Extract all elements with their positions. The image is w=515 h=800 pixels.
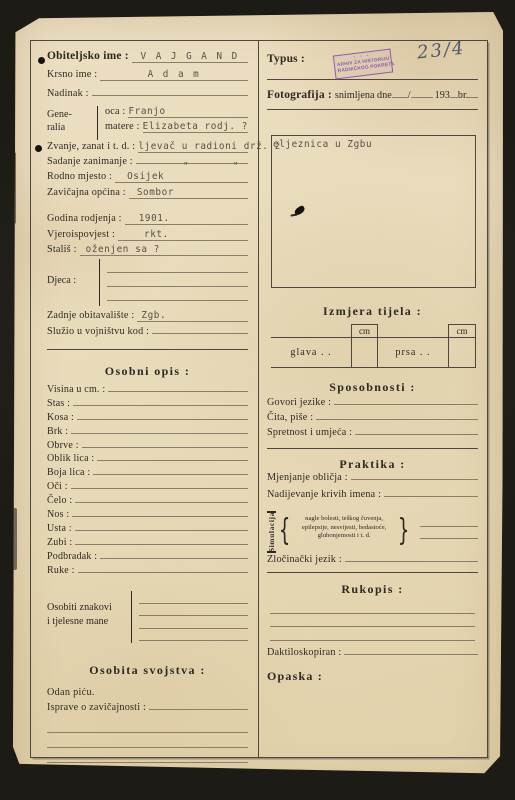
field-label: Nadinak : — [47, 88, 92, 99]
field-label: Zavičajna općina : — [47, 187, 129, 198]
photo-text: snimljena dne — [335, 90, 392, 101]
field-underline — [78, 572, 248, 573]
field-underline — [411, 97, 433, 98]
field-value: rkt. — [118, 229, 169, 240]
field-underline: Zgb. — [137, 310, 248, 322]
field-current-occupation: Sadanje zanimanje : " " — [47, 156, 248, 171]
field-birthplace: Rodno mjesto : Osijek — [47, 171, 248, 187]
field-label: Fotografija : — [267, 89, 335, 101]
registration-card: Obiteljsko ime : V A J G A N D Krsno ime… — [12, 12, 504, 792]
field-label: Oblik lica : — [47, 453, 97, 464]
section-title-handwriting: Rukopis : — [267, 582, 478, 597]
children-block: Djeca : — [47, 259, 248, 306]
simulation-block: Simulacija { nagle bolesti, teškog čuven… — [267, 511, 478, 553]
field-occupation: Zvanje, zanat i t. d. : ljevač u radioni… — [47, 141, 248, 156]
field-criminal-language: Zločinački jezik : — [267, 554, 478, 569]
field-underline — [77, 419, 248, 420]
divider-line — [267, 109, 478, 110]
chest-label: prsa . . — [378, 338, 448, 367]
field-value: Elizabeta rodj. ? — [143, 121, 248, 132]
blank-line — [139, 604, 248, 617]
field-underline — [92, 95, 248, 96]
field-underline: oženjen sa ? — [80, 244, 248, 256]
chest-value-cell — [448, 338, 476, 367]
field-birth-year: Godina rodjenja : 1901. — [47, 213, 248, 229]
cm-header: cm — [351, 324, 378, 338]
field-label: Oči : — [47, 481, 71, 492]
blank-line — [47, 718, 248, 733]
field-underline — [71, 488, 248, 489]
field-underline — [316, 419, 478, 420]
cm-header: cm — [448, 324, 476, 338]
description-row: Brk : — [47, 426, 248, 440]
description-row: Oblik lica : — [47, 453, 248, 467]
description-row: Boja lica : — [47, 467, 248, 481]
children-label: Djeca : — [47, 259, 99, 306]
field-underline — [450, 97, 458, 98]
empty-cell — [271, 324, 351, 338]
description-row: Nos : — [47, 509, 248, 523]
head-value-cell — [351, 338, 378, 367]
field-value: A d a m — [148, 69, 201, 80]
field-underline — [75, 530, 248, 531]
simulation-lines — [412, 511, 478, 553]
field-label: Ruke : — [47, 565, 78, 576]
description-row: Visina u cm. : — [47, 384, 248, 398]
measurement-header-row: cm cm — [271, 324, 476, 338]
field-label: Nos : — [47, 509, 72, 520]
section-title-body-measurements: Izmjera tijela : — [267, 304, 478, 319]
blank-line — [420, 537, 478, 539]
simulation-label: Simulacija — [267, 512, 276, 552]
field-underline — [392, 97, 408, 98]
blank-line — [107, 287, 248, 301]
divider-line — [267, 572, 478, 573]
form-frame: Obiteljsko ime : V A J G A N D Krsno ime… — [30, 40, 488, 758]
blank-line — [107, 273, 248, 287]
field-underline — [71, 433, 248, 434]
field-fingerprinted: Daktiloskopiran : — [267, 647, 478, 662]
photo-frame: eljeznica u Zgbu — [271, 135, 476, 288]
field-label: Čita, piše : — [267, 412, 316, 423]
field-documents: Isprave o zavičajnosti : — [47, 702, 248, 718]
description-row: Čelo : — [47, 495, 248, 509]
field-skills: Spretnost i umjeća : — [267, 427, 478, 442]
blank-line — [139, 616, 248, 629]
field-label: Zločinački jezik : — [267, 554, 345, 565]
measurement-table: cm cm glava . . prsa . . — [271, 324, 476, 368]
field-value: Osijek — [115, 171, 164, 182]
field-underline: Elizabeta rodj. ? — [143, 121, 248, 133]
field-label: Brk : — [47, 426, 71, 437]
field-father: oca : Franjo — [105, 106, 248, 121]
field-first-name: Krsno ime : A d a m — [47, 69, 248, 88]
blank-line — [270, 614, 475, 628]
field-label: Stališ : — [47, 244, 80, 255]
field-family-name: Obiteljsko ime : V A J G A N D — [47, 50, 248, 69]
field-underline: " " — [136, 163, 248, 164]
divider-line — [47, 349, 248, 350]
description-row: Stas : — [47, 398, 248, 412]
description-row: Obrve : — [47, 440, 248, 454]
field-underline — [108, 391, 248, 392]
description-row: Usta : — [47, 523, 248, 537]
field-underline — [82, 447, 248, 448]
field-value: Sombor — [129, 187, 174, 198]
special-traits-note: Odan piću. — [47, 687, 248, 702]
field-label: Rodno mjesto : — [47, 171, 115, 182]
blank-line — [270, 627, 475, 641]
field-label: Spretnost i umjeća : — [267, 427, 355, 438]
field-label: oca : — [105, 106, 129, 117]
field-value: Franjo — [128, 106, 165, 117]
field-label: Nadijevanje krivih imena : — [267, 489, 384, 500]
field-underline — [72, 516, 248, 517]
field-disguise: Mjenjanje obličja : — [267, 472, 478, 489]
blank-line — [47, 733, 248, 748]
field-underline: V A J G A N D — [132, 51, 248, 63]
ink-blot — [293, 205, 306, 216]
field-underline: Franjo — [128, 106, 248, 118]
field-false-names: Nadijevanje krivih imena : — [267, 489, 478, 506]
blank-line — [270, 600, 475, 614]
field-underline — [355, 434, 478, 435]
field-underline — [100, 558, 248, 559]
field-last-residence: Zadnje obitavalište : Zgb. — [47, 310, 248, 326]
field-reads-writes: Čita, piše : — [267, 412, 478, 427]
blank-line — [139, 629, 248, 642]
edge-mark — [13, 508, 17, 570]
field-label: Služio u vojništvu kod : — [47, 326, 152, 337]
field-label: Obiteljsko ime : — [47, 50, 132, 62]
field-home-municipality: Zavičajna općina : Sombor — [47, 187, 248, 203]
photo-year: 193 — [433, 90, 450, 101]
field-label: Stas : — [47, 398, 73, 409]
field-label: Daktiloskopiran : — [267, 647, 344, 658]
field-label: Zubi : — [47, 537, 75, 548]
open-brace: { — [279, 511, 290, 553]
field-marital-status: Stališ : oženjen sa ? — [47, 244, 248, 259]
field-underline — [468, 97, 478, 98]
special-marks-line2: i tjelesne mane — [47, 616, 108, 627]
empty-cell — [378, 324, 448, 338]
edge-mark — [12, 152, 16, 224]
blank-line — [107, 259, 248, 273]
description-row: Oči : — [47, 481, 248, 495]
section-title-personal-description: Osobni opis : — [47, 364, 248, 380]
field-underline: A d a m — [100, 69, 248, 81]
field-underline — [152, 333, 248, 334]
field-underline — [97, 460, 248, 461]
simulation-text: nagle bolesti, teškog čuvenja, epilepsij… — [293, 511, 395, 553]
field-label: Mjenjanje obličja : — [267, 472, 351, 483]
field-underline — [73, 405, 248, 406]
field-label: Isprave o zavičajnosti : — [47, 702, 149, 713]
field-label: Obrve : — [47, 440, 82, 451]
section-title-abilities: Sposobnosti : — [267, 380, 478, 395]
field-underline: Sombor — [129, 187, 248, 199]
field-underline — [351, 479, 478, 480]
special-marks-lines — [131, 591, 248, 643]
field-label: Vjeroispovjest : — [47, 229, 118, 240]
field-label: Zadnje obitavalište : — [47, 310, 137, 321]
right-column: Typus : Fotografija : snimljena dne / 19… — [258, 41, 488, 757]
head-label: glava . . — [271, 338, 351, 367]
field-value: 1901. — [125, 213, 170, 224]
photo-br: br. — [458, 90, 468, 101]
description-row: Kosa : — [47, 412, 248, 426]
field-label: Čelo : — [47, 495, 75, 506]
field-value: Zgb. — [137, 310, 166, 321]
field-mother: matere : Elizabeta rodj. ? — [105, 121, 248, 136]
field-underline: ljevač u radioni drž. ž — [138, 141, 248, 153]
occupation-overflow-value: eljeznica u Zgbu — [273, 139, 372, 150]
field-languages: Govori jezike : — [267, 397, 478, 412]
blank-line — [139, 591, 248, 604]
field-photograph: Fotografija : snimljena dne / 193 br. — [267, 80, 478, 109]
generalia-label-line2: ralia — [47, 122, 65, 133]
close-brace: } — [398, 511, 409, 553]
children-lines — [99, 259, 248, 306]
generalia-block: Gene- ralia oca : Franjo matere : Elizab… — [47, 106, 248, 140]
field-underline — [149, 709, 248, 710]
field-label: Govori jezike : — [267, 397, 334, 408]
field-label: Godina rodjenja : — [47, 213, 125, 224]
special-marks-label: Osobiti znakovi i tjelesne mane — [47, 591, 131, 643]
field-label: Podbradak : — [47, 551, 100, 562]
field-underline — [75, 502, 248, 503]
blank-line — [420, 525, 478, 527]
field-label: Zvanje, zanat i t. d. : — [47, 141, 138, 152]
left-column: Obiteljsko ime : V A J G A N D Krsno ime… — [31, 41, 258, 757]
field-label: matere : — [105, 121, 143, 132]
generalia-label: Gene- ralia — [47, 106, 97, 140]
field-label: Sadanje zanimanje : — [47, 156, 136, 167]
divider-line — [267, 448, 478, 449]
field-label: Kosa : — [47, 412, 77, 423]
field-label: Typus : — [267, 53, 308, 65]
field-underline — [334, 404, 478, 405]
field-religion: Vjeroispovjest : rkt. — [47, 229, 248, 244]
simulation-side: Simulacija — [267, 511, 276, 553]
description-row: Zubi : — [47, 537, 248, 551]
special-marks-block: Osobiti znakovi i tjelesne mane — [47, 591, 248, 643]
description-row: Ruke : — [47, 565, 248, 579]
generalia-rows: oca : Franjo matere : Elizabeta rodj. ? — [97, 106, 248, 140]
description-row: Podbradak : — [47, 551, 248, 565]
field-military-service: Služio u vojništvu kod : — [47, 326, 248, 341]
field-underline — [344, 654, 478, 655]
section-title-praktika: Praktika : — [267, 457, 478, 472]
field-value: oženjen sa ? — [80, 244, 160, 255]
blank-line — [47, 748, 248, 763]
section-title-remark: Opaska : — [267, 669, 478, 684]
scan-background: Obiteljsko ime : V A J G A N D Krsno ime… — [0, 0, 515, 800]
field-underline — [384, 496, 478, 497]
field-label: Visina u cm. : — [47, 384, 108, 395]
field-nickname: Nadinak : — [47, 88, 248, 105]
special-marks-line1: Osobiti znakovi — [47, 602, 112, 613]
photo-slash: / — [408, 90, 411, 101]
measurement-value-row: glava . . prsa . . — [271, 338, 476, 368]
generalia-label-line1: Gene- — [47, 109, 72, 120]
field-label: Krsno ime : — [47, 69, 100, 80]
field-label: Usta : — [47, 523, 75, 534]
field-underline — [345, 561, 478, 562]
field-underline: 1901. — [125, 213, 248, 225]
field-underline: rkt. — [118, 229, 248, 241]
field-underline — [93, 474, 248, 475]
field-underline — [75, 544, 248, 545]
field-label: Boja lica : — [47, 467, 93, 478]
field-underline: Osijek — [115, 171, 248, 183]
field-value: V A J G A N D — [141, 51, 240, 62]
section-title-special-traits: Osobita svojstva : — [47, 663, 248, 679]
